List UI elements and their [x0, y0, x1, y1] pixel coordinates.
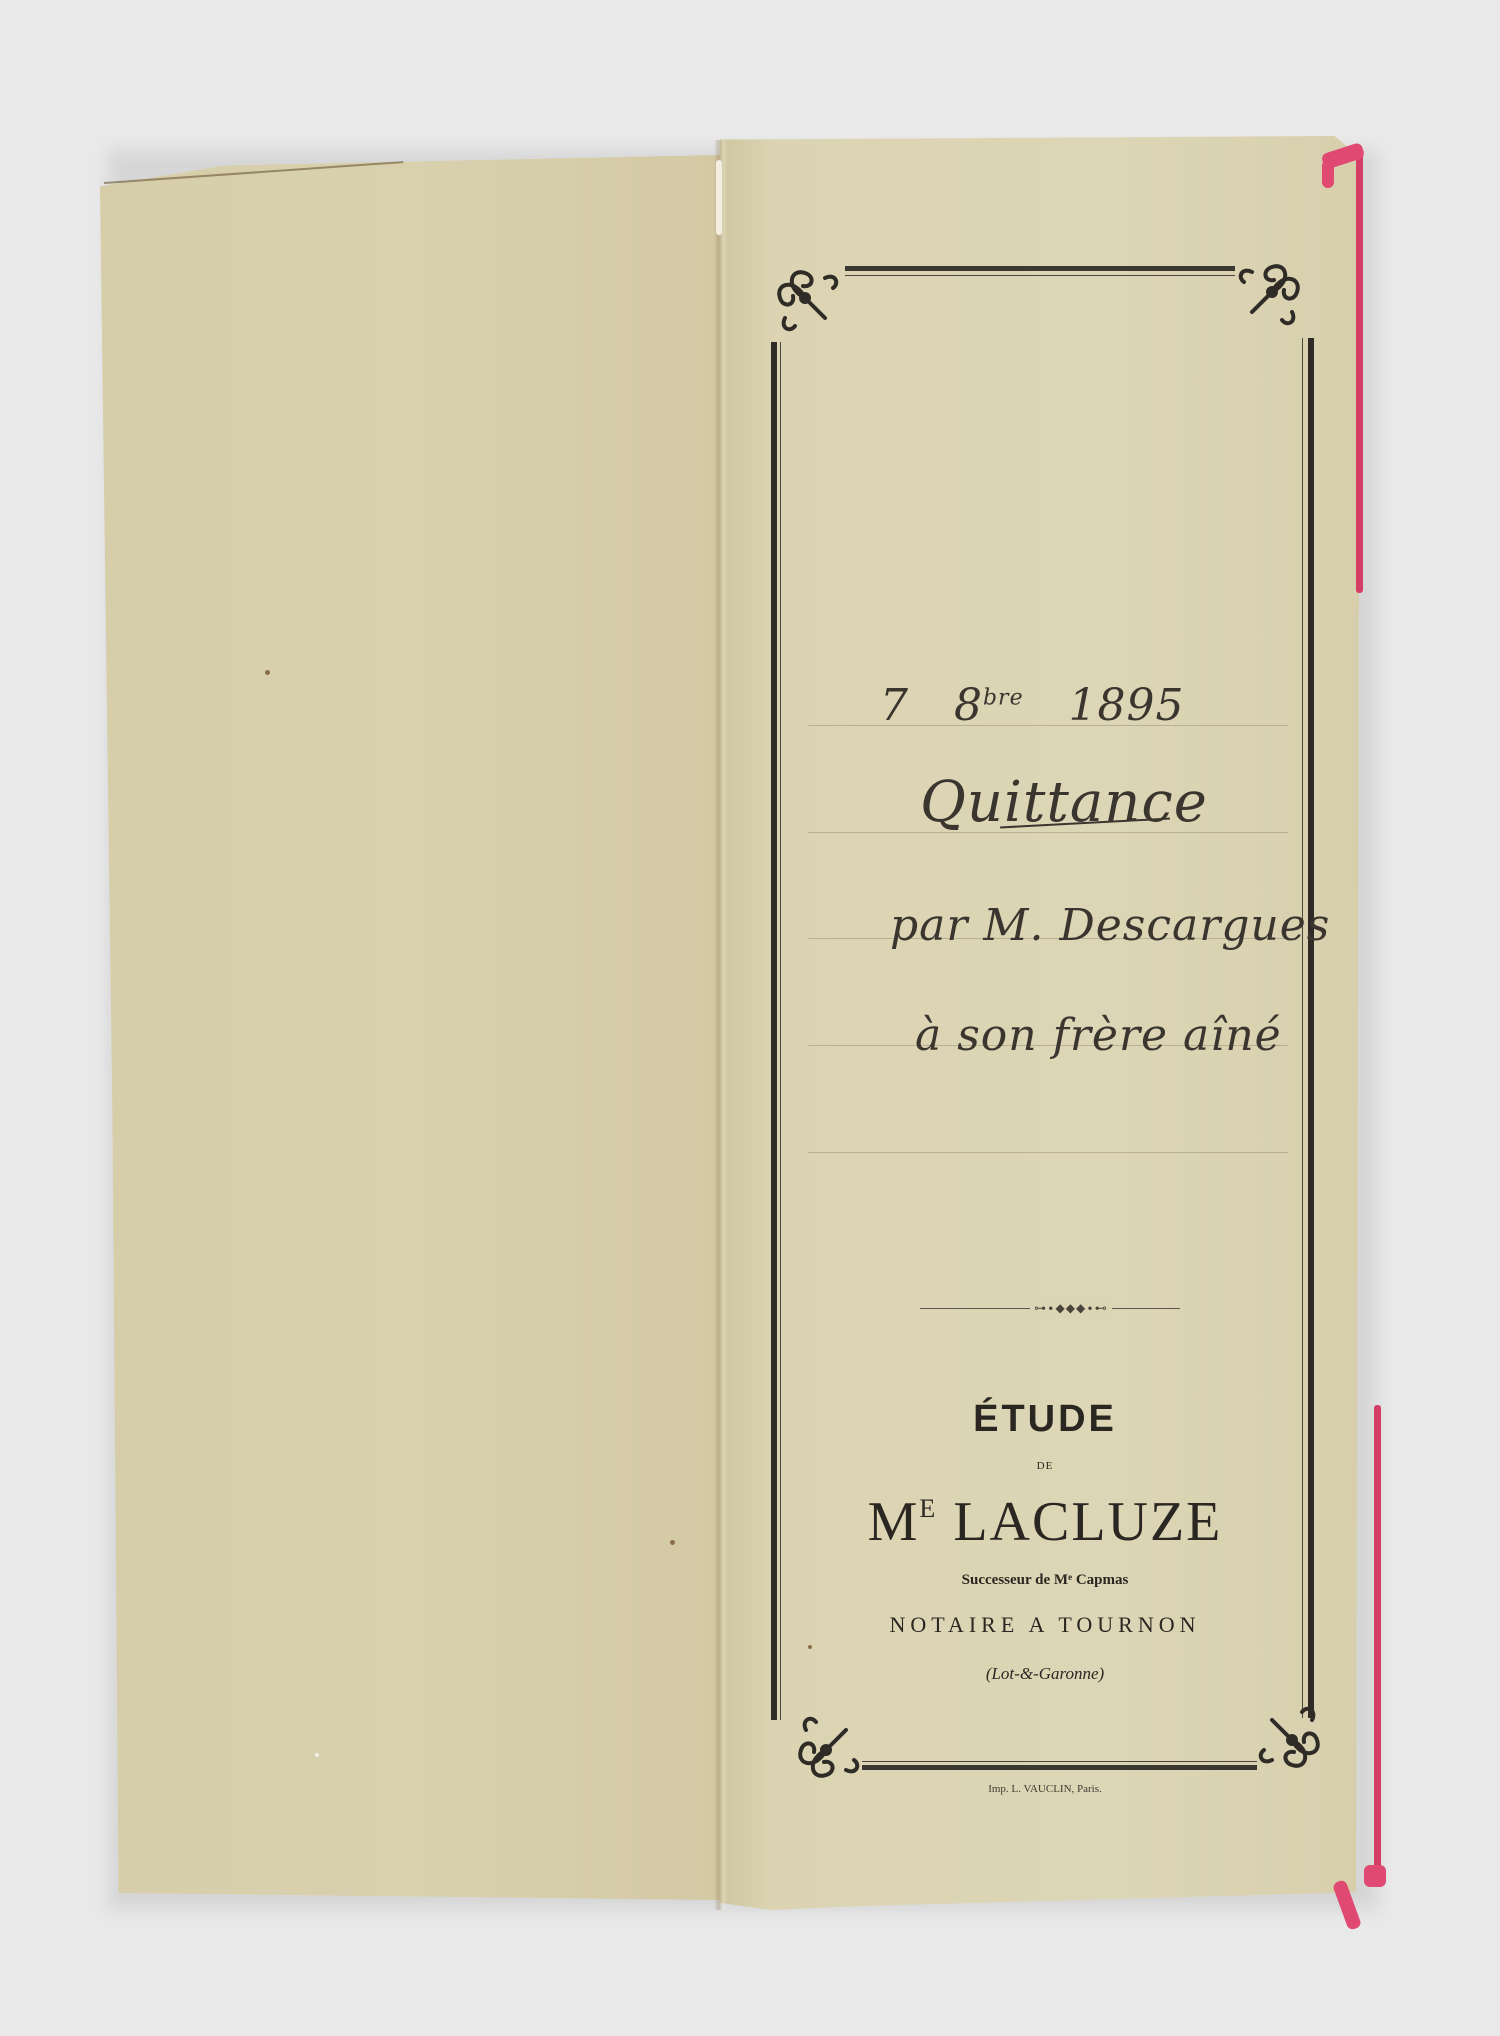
date-day: 7 [880, 680, 909, 731]
successor-prefix: Successeur de M [962, 1572, 1068, 1588]
heading-etude: ÉTUDE [790, 1398, 1300, 1441]
frame-border-right-inner [1302, 338, 1303, 1718]
frame-border-bottom-inner [862, 1761, 1257, 1762]
region-line: (Lot-&-Garonne) [790, 1664, 1300, 1684]
paper-speck [265, 670, 270, 675]
name-text: LACLUZE [953, 1491, 1222, 1553]
ornament-corner-bottom-right-icon [1252, 1700, 1332, 1780]
paper-speck [670, 1540, 675, 1545]
paper-speck [808, 1645, 812, 1649]
red-string-lower [1374, 1405, 1381, 1875]
notary-name: MELACLUZE [790, 1490, 1300, 1554]
name-prefix-sup: E [919, 1494, 937, 1523]
left-panel-blank [100, 155, 720, 1900]
tear-mark [716, 160, 722, 235]
ornament-corner-top-right-icon [1232, 252, 1312, 332]
ornament-corner-bottom-left-icon [786, 1710, 866, 1790]
successor-line: Successeur de Me Capmas [790, 1572, 1300, 1589]
ruled-line [808, 1152, 1288, 1153]
handwritten-to-line: à son frère aîné [915, 1010, 1282, 1061]
date-month-sup: bre [983, 685, 1024, 710]
frame-border-left [771, 342, 777, 1720]
handwritten-date: 7 8bre 1895 [880, 680, 1185, 731]
frame-border-top-inner [845, 275, 1235, 276]
center-fold-crease [714, 140, 728, 1910]
profession-line: NOTAIRE A TOURNON [790, 1612, 1300, 1638]
frame-border-left-inner [780, 342, 781, 1720]
date-year: 1895 [1069, 680, 1185, 731]
successor-name: Capmas [1076, 1572, 1129, 1588]
frame-border-top [845, 266, 1235, 271]
frame-border-bottom [862, 1765, 1257, 1770]
printer-imprint: Imp. L. VAUCLIN, Paris. [790, 1783, 1300, 1795]
frame-border-right [1308, 338, 1314, 1718]
handwritten-by-line: par M. Descargues [890, 900, 1330, 951]
paper-speck [315, 1753, 319, 1757]
successor-sup: e [1068, 1572, 1072, 1582]
red-string-upper [1356, 148, 1363, 593]
ornament-corner-top-left-icon [765, 258, 845, 338]
name-prefix: M [868, 1491, 920, 1553]
divider-ornament-icon: ⊶∙◆◆◆∙⊷ [1030, 1301, 1112, 1315]
string-end-top [1322, 160, 1334, 188]
heading-de: DE [790, 1460, 1300, 1472]
date-month: 8 [954, 680, 983, 731]
string-knot-bottom [1364, 1865, 1386, 1887]
handwritten-title: Quittance [920, 770, 1208, 835]
